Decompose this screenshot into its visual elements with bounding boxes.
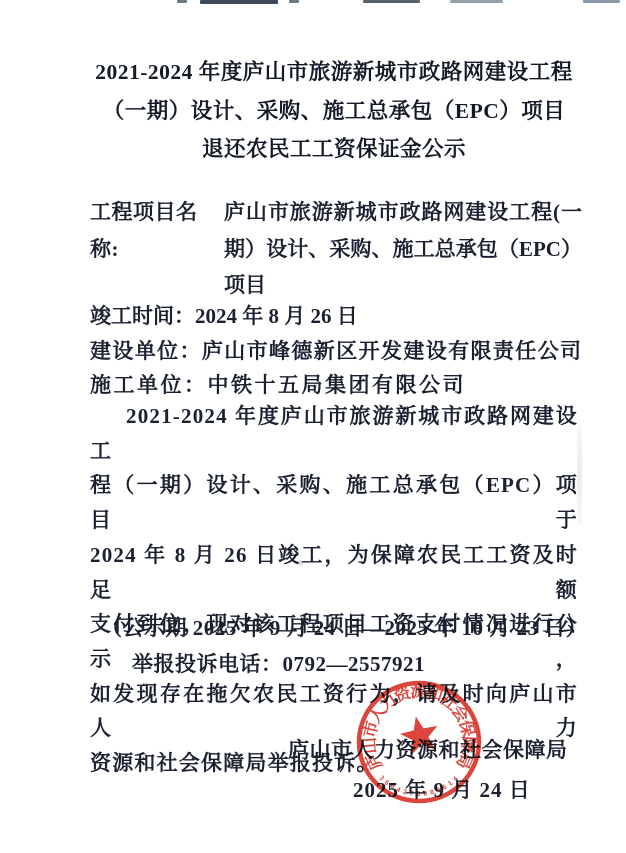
scan-artifact xyxy=(450,0,503,3)
scan-artifact xyxy=(289,0,299,3)
document-title: 2021-2024 年度庐山市旅游新城市政路网建设工程 （一期）设计、采购、施工… xyxy=(88,53,580,169)
project-name-value: 庐山市旅游新城市政路网建设工程(一 期）设计、采购、施工总承包（EPC） 项目 xyxy=(224,194,582,304)
scan-artifact xyxy=(200,0,278,4)
seal-star-icon xyxy=(397,712,442,755)
notice-body: 2021-2024 年度庐山市旅游新城市政路网建设工 程（一期）设计、采购、施工… xyxy=(90,399,578,781)
scan-artifact xyxy=(177,0,187,3)
project-info: 竣工时间：2024 年 8 月 26 日 建设单位：庐山市峰德新区开发建设有限责… xyxy=(90,299,582,403)
construction-unit: 建设单位：庐山市峰德新区开发建设有限责任公司 xyxy=(90,334,582,369)
publicity-period: （公示期 2025 年 9 月 24 日—2025 年 10 月 23 日） xyxy=(101,612,587,642)
scan-artifact xyxy=(363,0,420,3)
contractor-unit: 施工单位：中铁十五局集团有限公司 xyxy=(90,368,582,403)
title-line: 2021-2024 年度庐山市旅游新城市政路网建设工程 xyxy=(88,53,580,92)
completion-time: 竣工时间：2024 年 8 月 26 日 xyxy=(90,299,582,334)
project-name-field: 工程项目名称: 庐山市旅游新城市政路网建设工程(一 期）设计、采购、施工总承包（… xyxy=(90,194,582,304)
body-line: 2021-2024 年度庐山市旅游新城市政路网建设工 xyxy=(90,399,578,468)
official-seal: 庐山市人力资源和社会保障局 3604270000614 xyxy=(352,678,486,810)
title-line: （一期）设计、采购、施工总承包（EPC）项目 xyxy=(88,92,580,131)
body-line: 2024 年 8 月 26 日竣工，为保障农民工工资及时足额 xyxy=(90,538,578,607)
project-name-line: 期）设计、采购、施工总承包（EPC） xyxy=(224,231,582,268)
title-line: 退还农民工工资保证金公示 xyxy=(88,130,580,169)
scan-artifact xyxy=(583,0,620,3)
report-hotline: 举报投诉电话：0792—2557921 xyxy=(132,648,425,678)
project-name-line: 庐山市旅游新城市政路网建设工程(一 xyxy=(224,194,582,231)
document-page: 2021-2024 年度庐山市旅游新城市政路网建设工程 （一期）设计、采购、施工… xyxy=(0,0,626,853)
body-line: 程（一期）设计、采购、施工总承包（EPC）项目于 xyxy=(90,468,578,537)
project-name-label: 工程项目名称: xyxy=(90,194,224,304)
